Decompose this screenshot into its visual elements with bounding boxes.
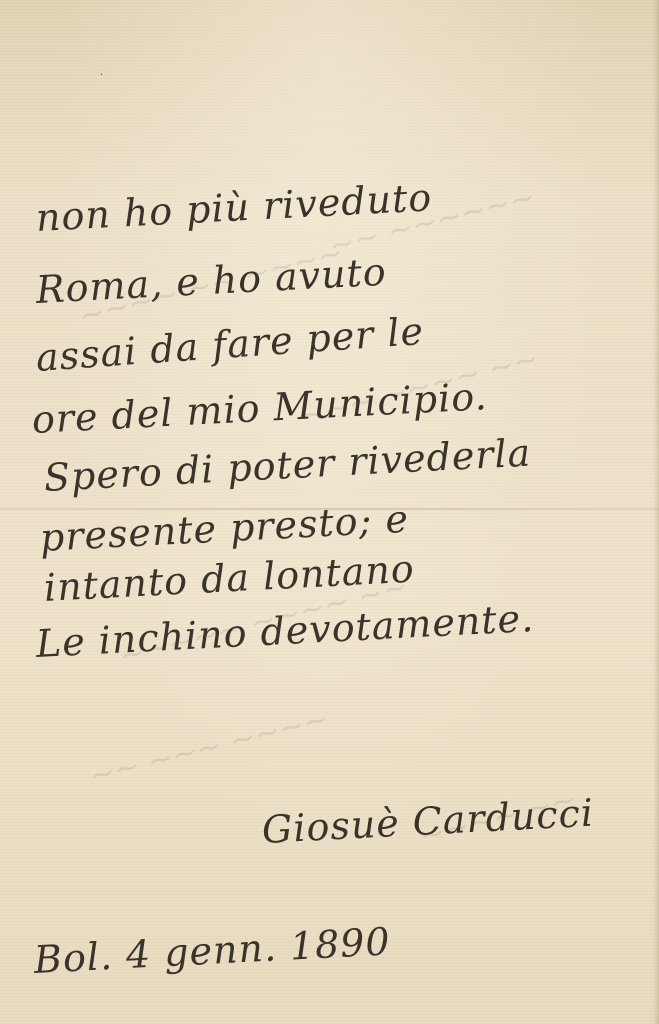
letter-page: · ~~ ~~~~~~ ~~~~ ~~ ~~~~ ~~~ ~~~~ ~~ ~~~…	[0, 0, 659, 1024]
date-line: Bol. 4 genn. 1890	[33, 919, 392, 982]
bleed-through: ~~ ~~~ ~~~~	[86, 701, 332, 794]
paper-edge	[653, 0, 659, 1024]
letter-line-5: Spero di poter rivederla	[43, 431, 532, 500]
letter-line-4: ore del mio Municipio.	[31, 374, 489, 442]
letter-line-2: Roma, e ho avuto	[35, 250, 388, 312]
ink-specks: ·	[100, 70, 103, 81]
signature: Giosuè Carducci	[261, 791, 595, 852]
